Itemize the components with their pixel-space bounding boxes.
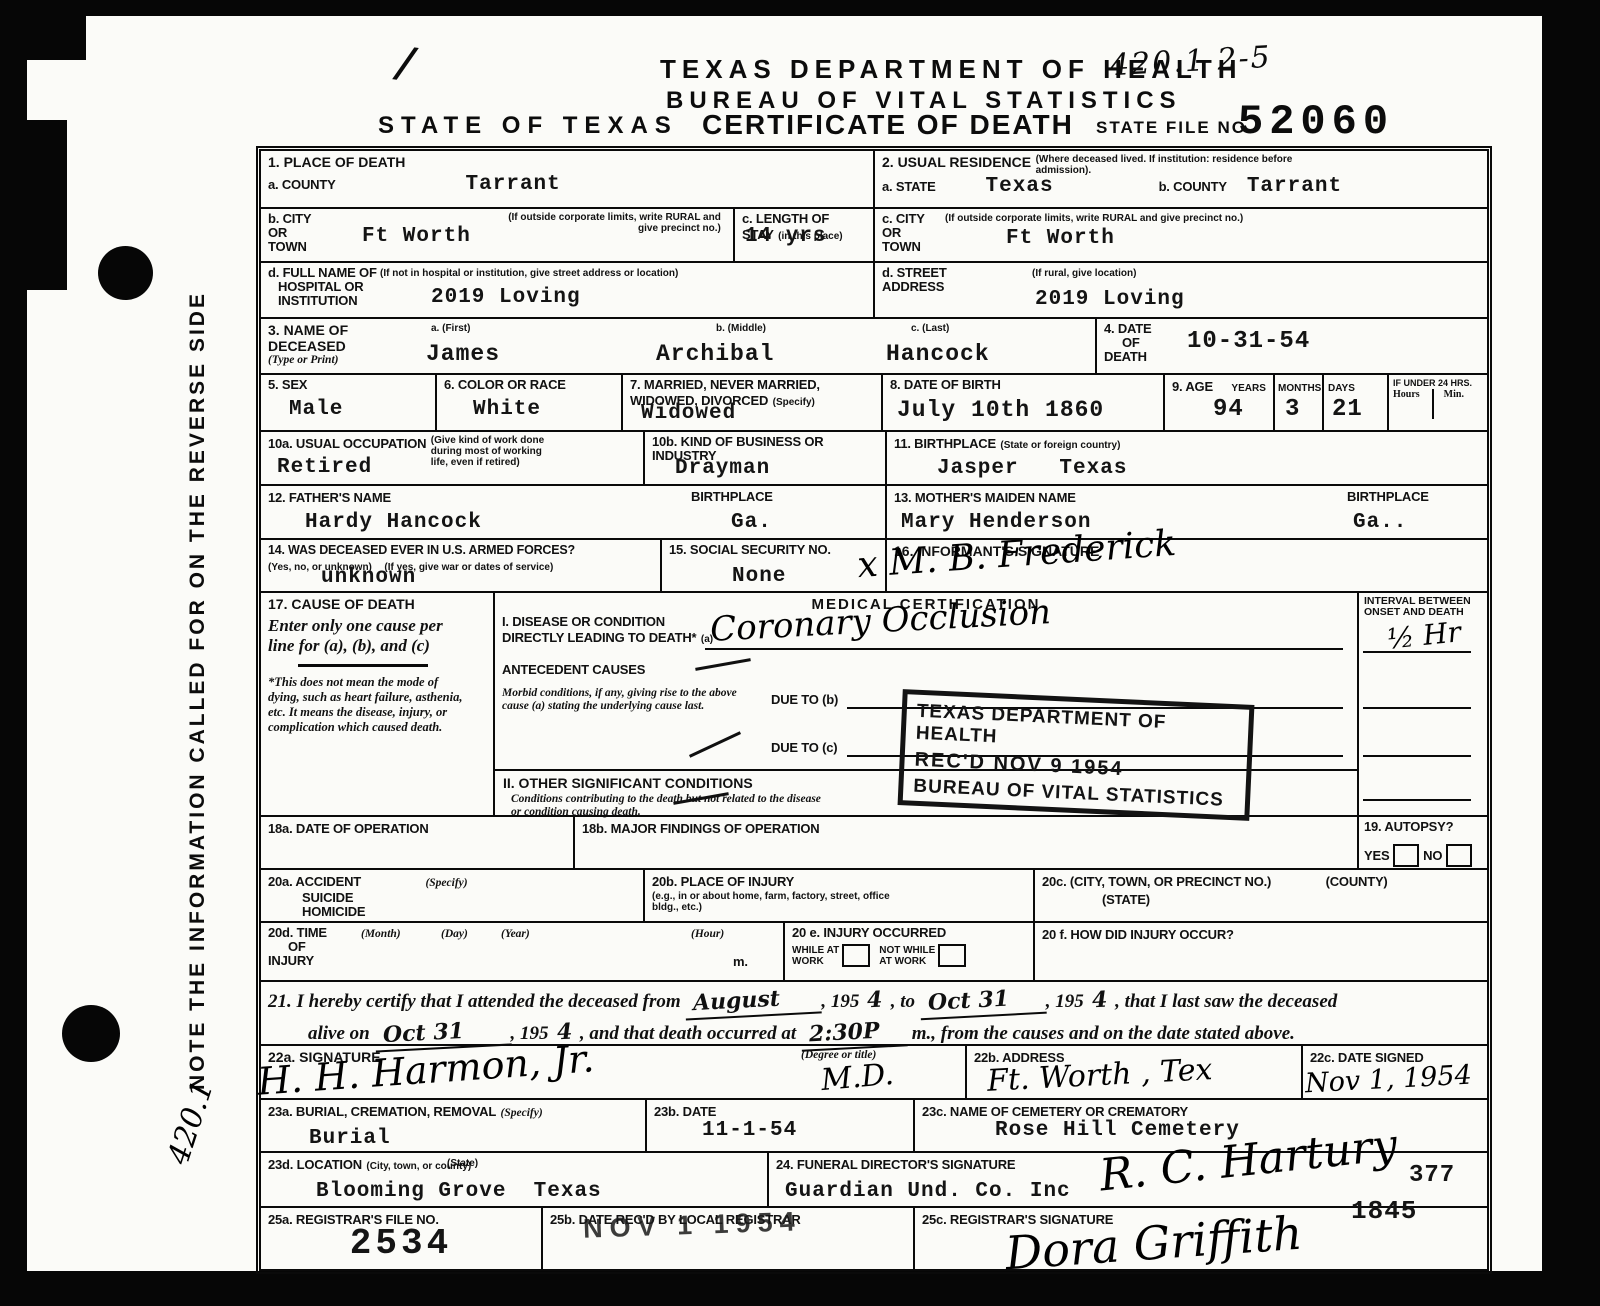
dob-value: July 10th 1860 bbox=[897, 399, 1104, 421]
field-fathers-name: 12. FATHER'S NAME BIRTHPLACE Hardy Hanco… bbox=[261, 486, 885, 538]
field-burial-type: 23a. BURIAL, CREMATION, REMOVAL (Specify… bbox=[261, 1100, 645, 1151]
field-cause-of-death: 17. CAUSE OF DEATH Enter only one cause … bbox=[261, 593, 493, 815]
location-label: 23d. LOCATION bbox=[268, 1157, 362, 1172]
month-label: (Month) bbox=[361, 928, 401, 941]
city-label: c. CITY bbox=[882, 212, 936, 226]
last-name-value: Hancock bbox=[886, 343, 990, 365]
injury-place-note: (e.g., in or about home, farm, factory, … bbox=[652, 891, 912, 913]
field-findings-of-operation: 18b. MAJOR FINDINGS OF OPERATION bbox=[573, 817, 1357, 868]
due-to-b-label: DUE TO (b) bbox=[771, 693, 838, 707]
armed-label: 14. WAS DECEASED EVER IN U.S. ARMED FORC… bbox=[268, 543, 653, 557]
street-label2: ADDRESS bbox=[882, 280, 972, 294]
accident-note: (Specify) bbox=[425, 877, 467, 889]
time-label3: INJURY bbox=[268, 954, 338, 968]
antecedent-label: ANTECEDENT CAUSES bbox=[502, 663, 1350, 677]
occupation-note: (Give kind of work done during most of w… bbox=[431, 435, 561, 468]
interval-line-4 bbox=[1363, 799, 1471, 801]
hole-punch-top bbox=[98, 246, 153, 300]
first-label: a. (First) bbox=[431, 323, 470, 334]
occupation-label: 10a. USUAL OCCUPATION bbox=[268, 436, 426, 451]
city-label-or: OR bbox=[882, 226, 936, 240]
field-business-industry: 10b. KIND OF BUSINESS OR INDUSTRY Drayma… bbox=[643, 432, 885, 484]
field-time-of-injury: 20d. TIME OF INJURY (Month) (Day) (Year)… bbox=[261, 923, 783, 980]
birthplace-value: Jasper Texas bbox=[937, 458, 1127, 480]
interval-value-handwriting: ½ Hr bbox=[1385, 615, 1462, 656]
field-date-of-birth: 8. DATE OF BIRTH July 10th 1860 bbox=[881, 375, 1163, 430]
name-note: (Type or Print) bbox=[268, 354, 398, 367]
due-to-c-label: DUE TO (c) bbox=[771, 741, 837, 755]
occupation-value: Retired bbox=[277, 457, 372, 479]
field-note: (Where deceased lived. If institution: r… bbox=[1036, 154, 1326, 176]
burial-label: 23a. BURIAL, CREMATION, REMOVAL bbox=[268, 1104, 496, 1119]
funeral-number: 377 bbox=[1409, 1165, 1455, 1187]
injury-place-label: 20b. PLACE OF INJURY bbox=[652, 874, 794, 889]
hospital-value: 2019 Loving bbox=[431, 287, 581, 309]
age-months-label: MONTHS bbox=[1278, 383, 1321, 394]
while-at-work-checkbox bbox=[842, 944, 870, 967]
scan-edge-blob bbox=[0, 0, 86, 60]
injury-city-label: 20c. (CITY, TOWN, OR PRECINCT NO.) bbox=[1042, 874, 1271, 889]
name-label2: DECEASED bbox=[268, 338, 398, 354]
time-label2: OF bbox=[288, 940, 338, 954]
age-months-value: 3 bbox=[1285, 399, 1300, 421]
at-work-label: AT WORK bbox=[879, 956, 935, 967]
time-label: 20d. TIME bbox=[268, 926, 338, 940]
cause-label: 17. CAUSE OF DEATH bbox=[268, 596, 486, 612]
margin-note: NOTE THE INFORMATION CALLED FOR ON THE R… bbox=[186, 300, 210, 1090]
marital-label: 7. MARRIED, NEVER MARRIED, bbox=[630, 378, 874, 392]
city-label-or: OR bbox=[268, 226, 322, 240]
city-value: Ft Worth bbox=[362, 226, 471, 254]
age-days-label: DAYS bbox=[1328, 383, 1355, 394]
middle-label: b. (Middle) bbox=[716, 323, 766, 334]
field-birthplace: 11. BIRTHPLACE (State or foreign country… bbox=[885, 432, 1477, 484]
not-while-at-work-checkbox bbox=[938, 944, 966, 967]
under24-label: IF UNDER 24 HRS. bbox=[1393, 378, 1473, 389]
middle-name-value: Archibal bbox=[656, 343, 774, 365]
funeral-director-label: 24. FUNERAL DIRECTOR'S SIGNATURE bbox=[776, 1157, 1015, 1172]
dob-label: 8. DATE OF BIRTH bbox=[890, 378, 1156, 392]
field-place-of-injury: 20b. PLACE OF INJURY (e.g., in or about … bbox=[643, 870, 1033, 921]
name-label: 3. NAME OF bbox=[268, 322, 398, 338]
field-label: 1. PLACE OF DEATH bbox=[268, 154, 405, 170]
m-label: m. bbox=[733, 955, 748, 969]
field-place-of-death: 1. PLACE OF DEATH a. COUNTY Tarrant bbox=[261, 151, 873, 207]
physician-signature-handwriting: H. H. Harmon, Jr. bbox=[256, 1036, 596, 1103]
city-label: b. CITY bbox=[268, 212, 322, 226]
hospital-label2: HOSPITAL OR bbox=[278, 280, 380, 294]
field-physician-address: 22b. ADDRESS Ft. Worth , Tex bbox=[965, 1046, 1301, 1098]
field-registrar-signature: 25c. REGISTRAR'S SIGNATURE 1845 Dora Gri… bbox=[913, 1208, 1477, 1269]
ssn-label: 15. SOCIAL SECURITY NO. bbox=[669, 543, 878, 557]
accident-label: 20a. ACCIDENT bbox=[268, 874, 361, 889]
field-injury-location: 20c. (CITY, TOWN, OR PRECINCT NO.) (COUN… bbox=[1033, 870, 1477, 921]
first-name-value: James bbox=[426, 343, 500, 365]
how-injury-label: 20 f. HOW DID INJURY OCCUR? bbox=[1042, 927, 1234, 942]
registrar-number: 1845 bbox=[1351, 1200, 1417, 1222]
hour-label: (Hour) bbox=[691, 928, 724, 941]
field-sex: 5. SEX Male bbox=[261, 375, 435, 430]
header-state: STATE OF TEXAS bbox=[378, 112, 678, 140]
scan-edge-bottom bbox=[0, 1272, 1600, 1306]
mother-birthplace-value: Ga.. bbox=[1353, 512, 1407, 534]
marital-value: Widowed bbox=[641, 403, 736, 425]
field-usual-residence: 2. USUAL RESIDENCE (Where deceased lived… bbox=[873, 151, 1477, 207]
date-signed-handwriting: Nov 1, 1954 bbox=[1304, 1060, 1472, 1100]
autopsy-yes-checkbox bbox=[1393, 844, 1419, 867]
field-length-of-stay: c. LENGTH OF STAY (in this place) 14 yrs bbox=[733, 209, 873, 261]
work-label: WORK bbox=[792, 956, 839, 967]
location-state-note: (State) bbox=[447, 1158, 478, 1169]
certify-text-3: , to bbox=[891, 991, 915, 1012]
certify-text-2: , 195 bbox=[821, 991, 859, 1012]
interval-line-2 bbox=[1363, 707, 1471, 709]
field-label: 2. USUAL RESIDENCE bbox=[882, 154, 1031, 170]
dod-label3: DEATH bbox=[1104, 350, 1168, 364]
ssn-value: None bbox=[732, 566, 786, 588]
burial-date-label: 23b. DATE bbox=[654, 1104, 716, 1119]
certify-text-9: m., from the causes and on the date stat… bbox=[912, 1023, 1295, 1044]
scan-edge-blob2 bbox=[27, 120, 67, 290]
field-name-of-deceased: 3. NAME OF DECEASED (Type or Print) a. (… bbox=[261, 319, 1095, 373]
field-injury-occurred: 20 e. INJURY OCCURRED WHILE AT WORK NOT … bbox=[783, 923, 1033, 980]
location-value: Blooming Grove Texas bbox=[316, 1181, 602, 1203]
age-days-value: 21 bbox=[1332, 399, 1363, 421]
injury-county-label: (COUNTY) bbox=[1326, 874, 1388, 889]
divider bbox=[298, 664, 428, 667]
race-value: White bbox=[473, 399, 541, 421]
homicide-label: HOMICIDE bbox=[302, 905, 636, 919]
header-file-number: 52060 bbox=[1238, 98, 1394, 146]
field-age-days: DAYS 21 bbox=[1322, 375, 1387, 430]
state-value: Texas bbox=[986, 176, 1054, 198]
injury-occurred-label: 20 e. INJURY OCCURRED bbox=[792, 926, 1026, 940]
injury-state-label: (STATE) bbox=[1102, 892, 1150, 907]
city-note: (If outside corporate limits, write RURA… bbox=[501, 212, 721, 254]
field-usual-occupation: 10a. USUAL OCCUPATION (Give kind of work… bbox=[261, 432, 643, 484]
field-registrar-file-no: 25a. REGISTRAR'S FILE NO. 2534 bbox=[261, 1208, 541, 1269]
business-value: Drayman bbox=[675, 458, 770, 480]
handwritten-dash-c bbox=[689, 731, 741, 757]
certify-text-1: 21. I hereby certify that I attended the… bbox=[268, 991, 681, 1012]
not-while-label: NOT WHILE bbox=[879, 945, 935, 956]
field-color-or-race: 6. COLOR OR RACE White bbox=[435, 375, 621, 430]
dod-label: 4. DATE bbox=[1104, 322, 1168, 336]
interval-line-3 bbox=[1363, 755, 1471, 757]
field-city-of-residence: c. CITY OR TOWN (If outside corporate li… bbox=[873, 209, 1477, 261]
city-value: Ft Worth bbox=[1006, 228, 1115, 254]
interval-line-1 bbox=[1363, 651, 1471, 653]
disease-label2: DIRECTLY LEADING TO DEATH* bbox=[502, 630, 696, 645]
field-date-signed: 22c. DATE SIGNED Nov 1, 1954 bbox=[1301, 1046, 1477, 1098]
marital-note: (Specify) bbox=[773, 397, 815, 408]
age-years-label: YEARS bbox=[1231, 383, 1265, 394]
header-title: CERTIFICATE OF DEATH bbox=[702, 109, 1074, 141]
field-marital-status: 7. MARRIED, NEVER MARRIED, WIDOWED, DIVO… bbox=[621, 375, 881, 430]
length-value: 14 yrs bbox=[745, 226, 827, 248]
birthplace-label: 11. BIRTHPLACE bbox=[894, 436, 996, 451]
morbid-note: Morbid conditions, if any, giving rise t… bbox=[502, 687, 752, 713]
county-value: Tarrant bbox=[1247, 176, 1342, 198]
received-stamp: TEXAS DEPARTMENT OF HEALTH REC'D NOV 9 1… bbox=[898, 689, 1255, 821]
while-at-label: WHILE AT bbox=[792, 945, 839, 956]
minutes-label: Min. bbox=[1432, 389, 1464, 419]
hospital-label3: INSTITUTION bbox=[278, 294, 380, 308]
burial-date-value: 11-1-54 bbox=[702, 1120, 797, 1142]
hours-label: Hours bbox=[1393, 389, 1420, 419]
field-armed-forces: 14. WAS DECEASED EVER IN U.S. ARMED FORC… bbox=[261, 540, 660, 591]
mother-label: 13. MOTHER'S MAIDEN NAME bbox=[894, 490, 1076, 505]
field-age-under-24h: IF UNDER 24 HRS. Hours Min. bbox=[1387, 375, 1477, 430]
state-label: a. STATE bbox=[882, 180, 936, 194]
dod-label2: OF bbox=[1122, 336, 1168, 350]
field-informant-signature: 16. INFORMANT'S SIGNATURE x M. B. Freder… bbox=[885, 540, 1477, 591]
race-label: 6. COLOR OR RACE bbox=[444, 378, 614, 392]
answer-line-a bbox=[705, 648, 1343, 650]
field-certify-statement: 21. I hereby certify that I attended the… bbox=[261, 982, 1477, 1044]
certify-text-4: , 195 bbox=[1046, 991, 1084, 1012]
field-accident-suicide-homicide: 20a. ACCIDENT (Specify) SUICIDE HOMICIDE bbox=[261, 870, 643, 921]
funeral-home-value: Guardian Und. Co. Inc bbox=[785, 1181, 1071, 1203]
operation-date-label: 18a. DATE OF OPERATION bbox=[268, 821, 429, 836]
scan-edge-top bbox=[0, 0, 1600, 16]
father-value: Hardy Hancock bbox=[305, 512, 482, 534]
day-label: (Day) bbox=[441, 928, 468, 941]
registrar-file-value: 2534 bbox=[268, 1233, 534, 1255]
field-date-of-operation: 18a. DATE OF OPERATION bbox=[261, 817, 573, 868]
city-label-town: TOWN bbox=[268, 240, 322, 254]
field-how-injury-occurred: 20 f. HOW DID INJURY OCCUR? bbox=[1033, 923, 1477, 980]
field-burial-date: 23b. DATE 11-1-54 bbox=[645, 1100, 913, 1151]
date-received-stamp: NOV 1 1954 bbox=[583, 1206, 803, 1245]
field-city-of-death: b. CITY OR TOWN Ft Worth (If outside cor… bbox=[261, 209, 733, 261]
county-label: b. COUNTY bbox=[1159, 180, 1227, 194]
father-label: 12. FATHER'S NAME bbox=[268, 490, 391, 505]
county-label: a. COUNTY bbox=[268, 178, 336, 192]
burial-note: (Specify) bbox=[501, 1107, 543, 1119]
field-physician-signature: 22a. SIGNATURE (Degree or title) H. H. H… bbox=[261, 1046, 965, 1098]
certify-year1-handwriting: 4 bbox=[859, 984, 892, 1016]
header-file-label: STATE FILE NO. bbox=[1096, 118, 1254, 138]
age-years-value: 94 bbox=[1213, 399, 1244, 421]
field-hospital: d. FULL NAME OF HOSPITAL OR INSTITUTION … bbox=[261, 263, 873, 317]
father-birthplace-value: Ga. bbox=[731, 512, 772, 534]
scan-edge-right bbox=[1542, 0, 1600, 1306]
findings-label: 18b. MAJOR FINDINGS OF OPERATION bbox=[582, 821, 820, 836]
autopsy-label: 19. AUTOPSY? bbox=[1364, 820, 1472, 834]
field-social-security: 15. SOCIAL SECURITY NO. None bbox=[660, 540, 885, 591]
other-conditions-label: II. OTHER SIGNIFICANT CONDITIONS bbox=[503, 775, 753, 791]
age-label: 9. AGE bbox=[1172, 379, 1213, 394]
county-value: Tarrant bbox=[466, 174, 561, 196]
birthplace-note: (State or foreign country) bbox=[1000, 440, 1120, 451]
autopsy-no-label: NO bbox=[1423, 849, 1442, 863]
certify-from-handwriting: August bbox=[685, 981, 822, 1020]
city-note: (If outside corporate limits, write RURA… bbox=[945, 213, 1243, 224]
death-certificate-form: 1. PLACE OF DEATH a. COUNTY Tarrant 2. U… bbox=[256, 146, 1492, 1274]
field-age-months: MONTHS 3 bbox=[1273, 375, 1322, 430]
certify-year2-handwriting: 4 bbox=[1083, 984, 1116, 1016]
length-label: c. LENGTH OF bbox=[742, 212, 866, 226]
cause-note1: Enter only one cause per line for (a), (… bbox=[268, 616, 468, 656]
field-mothers-maiden-name: 13. MOTHER'S MAIDEN NAME BIRTHPLACE Mary… bbox=[885, 486, 1477, 538]
field-age-years: 9. AGE YEARS 94 bbox=[1163, 375, 1273, 430]
field-date-of-death: 4. DATE OF DEATH 10-31-54 bbox=[1095, 319, 1477, 373]
cause-note2: *This does not mean the mode of dying, s… bbox=[268, 675, 472, 735]
autopsy-yes-label: YES bbox=[1364, 849, 1389, 863]
burial-value: Burial bbox=[309, 1128, 391, 1150]
father-birthplace-label: BIRTHPLACE bbox=[691, 490, 773, 504]
street-label: d. STREET bbox=[882, 266, 972, 280]
armed-value: unknown bbox=[321, 567, 416, 589]
autopsy-no-checkbox bbox=[1446, 844, 1472, 867]
suicide-label: SUICIDE bbox=[302, 891, 636, 905]
hole-punch-bottom bbox=[62, 1005, 120, 1062]
field-autopsy: 19. AUTOPSY? YES NO bbox=[1357, 817, 1477, 868]
dod-value: 10-31-54 bbox=[1187, 331, 1310, 353]
city-label-town: TOWN bbox=[882, 240, 936, 254]
certify-text-5: , that I last saw the deceased bbox=[1115, 991, 1337, 1012]
mother-birthplace-label: BIRTHPLACE bbox=[1347, 490, 1429, 504]
certify-to-handwriting: Oct 31 bbox=[919, 982, 1047, 1021]
certify-text-8: , and that death occurred at bbox=[580, 1023, 796, 1044]
field-date-received: 25b. DATE REC'D BY LOCAL REGISTRAR NOV 1… bbox=[541, 1208, 913, 1269]
field-interval: INTERVAL BETWEEN ONSET AND DEATH ½ Hr bbox=[1357, 593, 1477, 815]
street-value: 2019 Loving bbox=[1035, 289, 1185, 311]
certify-text-6: alive on bbox=[308, 1023, 370, 1044]
last-label: c. (Last) bbox=[911, 323, 949, 334]
scan-edge-left bbox=[0, 0, 27, 1306]
field-street-address: d. STREET ADDRESS (If rural, give locati… bbox=[873, 263, 1477, 317]
field-burial-location: 23d. LOCATION (City, town, or county) (S… bbox=[261, 1153, 767, 1206]
hospital-label: d. FULL NAME OF bbox=[268, 266, 380, 280]
sex-value: Male bbox=[289, 399, 343, 421]
year-label: (Year) bbox=[501, 928, 530, 941]
cemetery-label: 23c. NAME OF CEMETERY OR CREMATORY bbox=[922, 1104, 1188, 1119]
sex-label: 5. SEX bbox=[268, 378, 428, 392]
degree-handwriting: M.D. bbox=[820, 1057, 896, 1098]
